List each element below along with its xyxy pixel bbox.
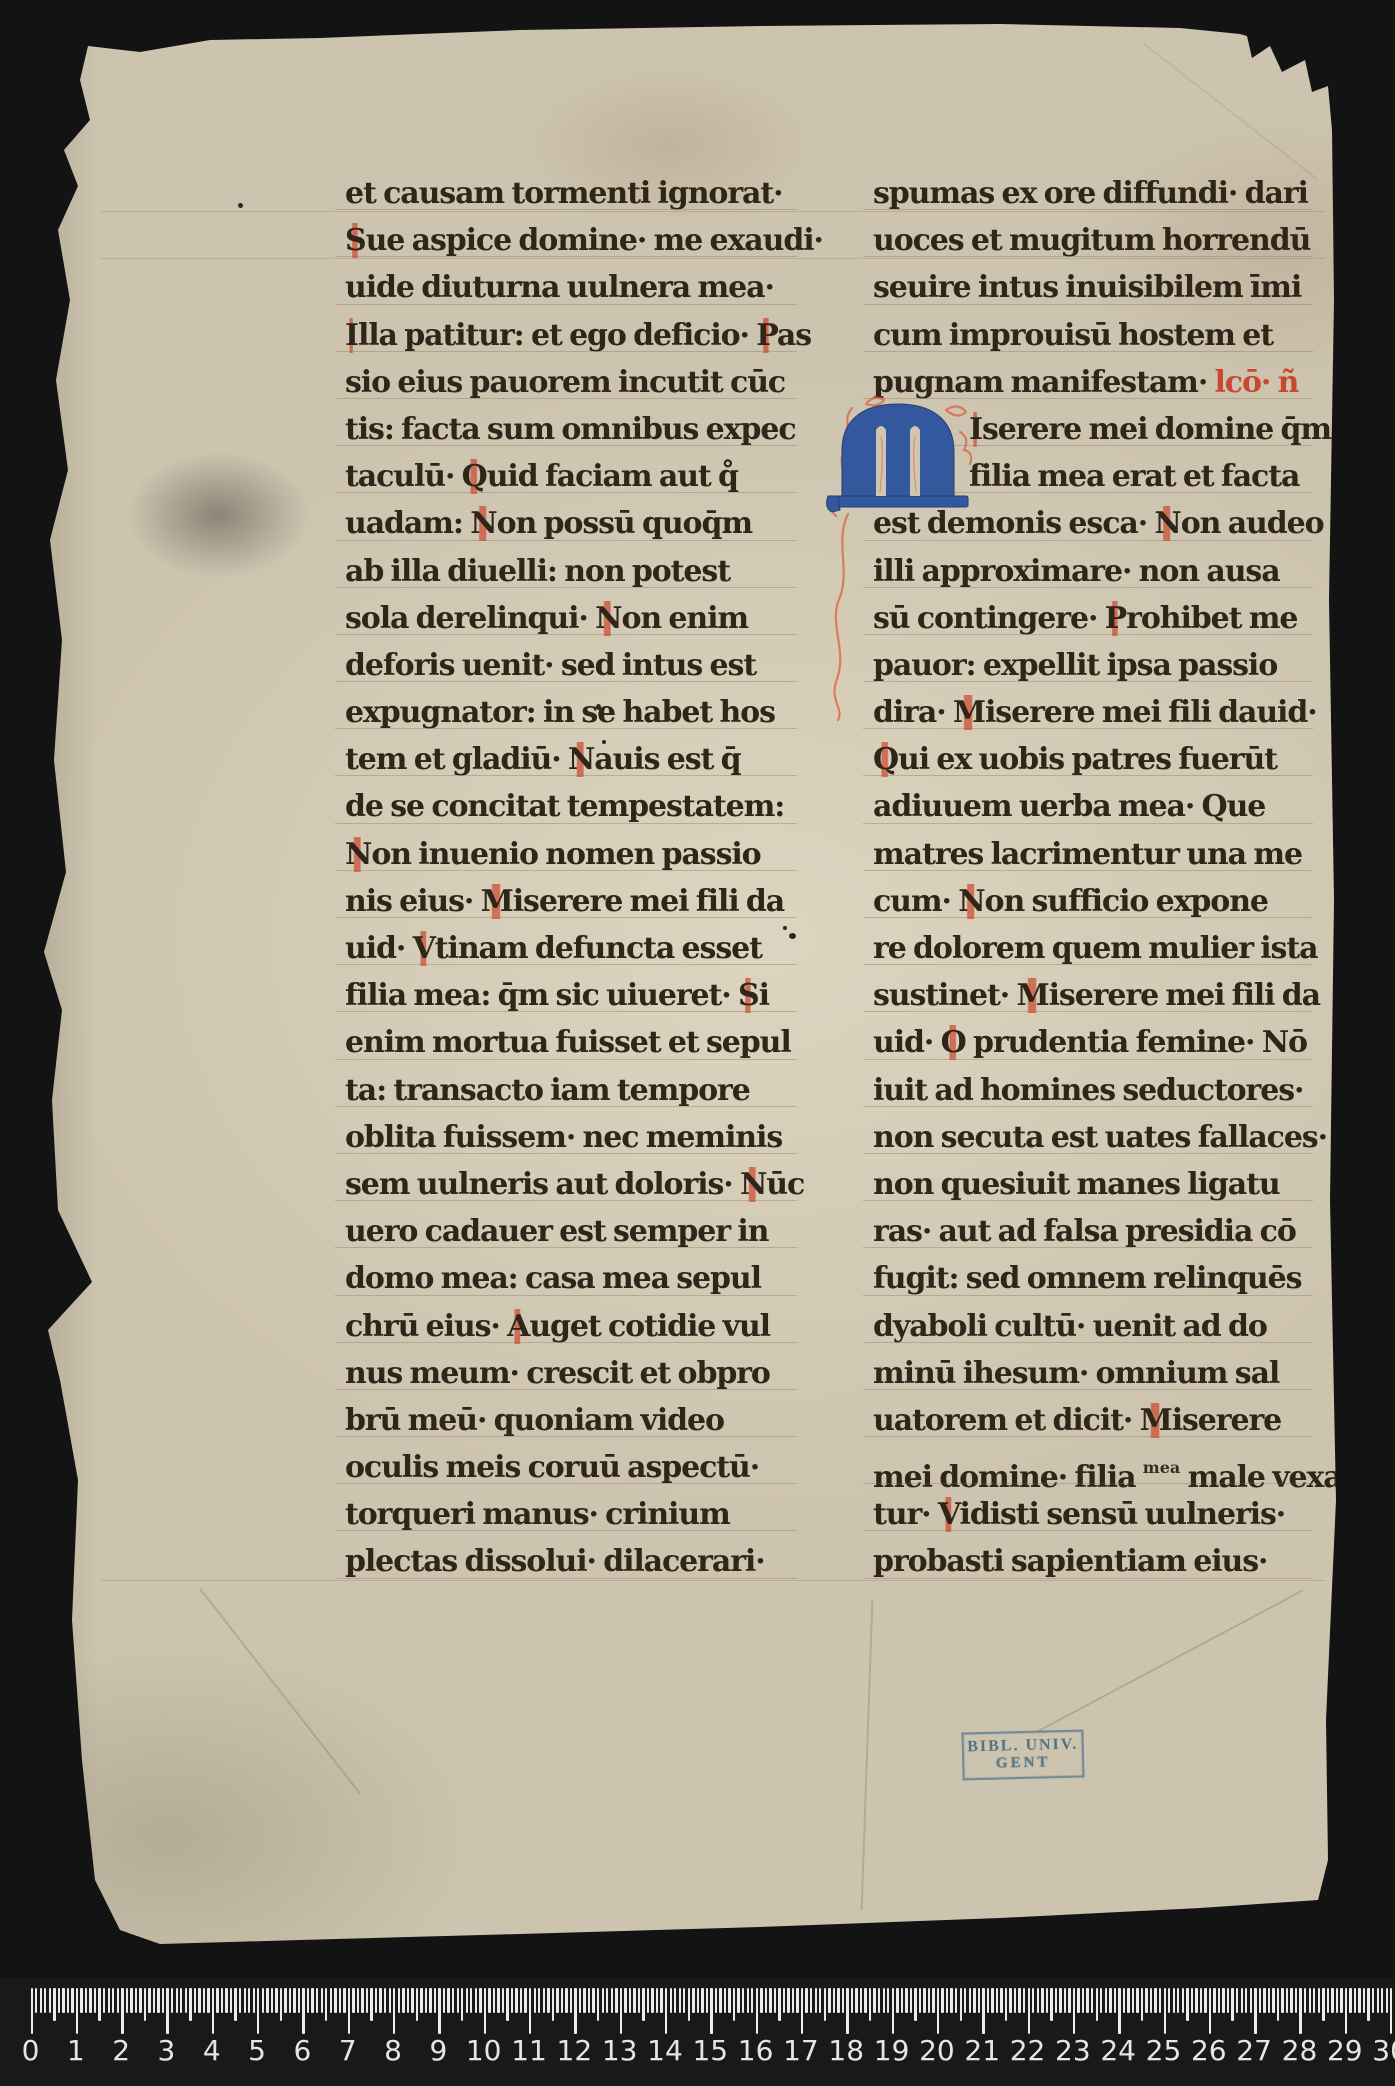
ruler-tick xyxy=(31,1988,33,2034)
ruler-tick xyxy=(1009,1988,1011,2013)
ruler-tick xyxy=(624,1988,626,2013)
text-segment: uero cadauer est semper in xyxy=(345,1214,768,1249)
ruler-tick xyxy=(792,1988,794,2013)
ruler-tick xyxy=(398,1988,400,2013)
rubricated-capital: N xyxy=(958,884,984,919)
ruler-tick xyxy=(1191,1988,1193,2013)
ruler-tick xyxy=(506,1988,508,2021)
ruler-tick xyxy=(1046,1988,1048,2013)
ruler-tick xyxy=(443,1988,445,2013)
ruler-tick xyxy=(638,1988,640,2013)
text-line: ta: transacto iam tempore xyxy=(345,1067,781,1114)
text-segment: filia mea erat et facta xyxy=(969,459,1299,494)
text-line: uoces et mugitum horrendū xyxy=(873,217,1297,264)
text-segment: spumas ex ore diffundi· dari xyxy=(873,176,1308,211)
ruler-tick xyxy=(1145,1988,1147,2013)
ruler-tick xyxy=(878,1988,880,2013)
text-line: tur· Vidisti sensū uulneris· xyxy=(873,1491,1297,1538)
rubricated-capital: S xyxy=(738,978,759,1013)
ruler-tick xyxy=(35,1988,37,2013)
rubricated-capital: O xyxy=(941,1025,966,1060)
ruler-tick xyxy=(1037,1988,1039,2013)
ruler-tick xyxy=(1204,1988,1206,2013)
ruler-tick xyxy=(1277,1988,1279,2021)
text-line: tem et gladiū· Nauis est q̄ xyxy=(345,736,781,783)
text-line: non quesiuit manes ligatu xyxy=(873,1161,1297,1208)
ruler-tick xyxy=(185,1988,187,2013)
ruler-tick xyxy=(180,1988,182,2013)
ruler-tick xyxy=(1363,1988,1365,2013)
text-segment: taculū· xyxy=(345,459,462,494)
text-segment: ue aspice domine· me exaudi· xyxy=(366,223,823,258)
ruler-tick xyxy=(416,1988,418,2021)
ruler-tick xyxy=(1091,1988,1093,2013)
ruler-label: 12 xyxy=(557,2034,593,2067)
ruler-tick xyxy=(438,1988,440,2034)
ruler-tick xyxy=(1272,1988,1274,2013)
ruler-tick xyxy=(253,1988,255,2013)
ruler-tick xyxy=(1073,1988,1075,2034)
ruler-tick xyxy=(135,1988,137,2013)
ruler-tick xyxy=(139,1988,141,2013)
text-segment: re dolorem quem mulier ista xyxy=(873,931,1317,966)
ruler-tick xyxy=(1082,1988,1084,2013)
ruler-tick xyxy=(901,1988,903,2013)
text-segment: lla patitur: et ego deficio· xyxy=(358,318,756,353)
text-line: sola derelinqui· Non enim xyxy=(345,595,781,642)
text-segment: fugit: sed omnem relinquēs xyxy=(873,1261,1301,1296)
ruler-tick xyxy=(425,1988,427,2013)
rubricated-capital: A xyxy=(507,1309,529,1344)
rubricated-capital: V xyxy=(938,1497,960,1532)
stain-speck xyxy=(596,704,601,710)
stamp-line-2: GENT xyxy=(964,1754,1082,1774)
text-segment: i xyxy=(759,978,769,1013)
ruler-tick xyxy=(1354,1988,1356,2013)
text-segment: tinam defuncta esset xyxy=(435,931,762,966)
ruler-tick xyxy=(796,1988,798,2013)
ruler-tick xyxy=(1318,1988,1320,2013)
ruler-tick xyxy=(737,1988,739,2013)
text-segment: iuit ad homines seductores· xyxy=(873,1073,1303,1108)
ruler-tick xyxy=(1014,1988,1016,2013)
text-segment: oblita fuissem· nec meminis xyxy=(345,1120,782,1155)
ruler-tick xyxy=(1059,1988,1061,2013)
ruler-tick xyxy=(49,1988,51,2013)
text-line: matres lacrimentur una me xyxy=(873,831,1297,878)
text-line: chrū eius· Auget cotidie vul xyxy=(345,1303,781,1350)
ruler-tick xyxy=(189,1988,191,2021)
ruler-label: 18 xyxy=(828,2034,864,2067)
text-segment: prudentia femine· Nō xyxy=(966,1025,1307,1060)
ruler-tick xyxy=(1064,1988,1066,2013)
ruler-tick xyxy=(171,1988,173,2013)
text-segment: on enim xyxy=(621,601,748,636)
ruler-tick xyxy=(842,1988,844,2013)
ruler-tick xyxy=(1200,1988,1202,2013)
ruler-tick xyxy=(964,1988,966,2013)
text-line: Sue aspice domine· me exaudi· xyxy=(345,217,781,264)
text-segment: uget cotidie vul xyxy=(529,1309,770,1344)
ruler-tick xyxy=(1299,1988,1301,2034)
ruler-tick xyxy=(266,1988,268,2013)
text-line: sem uulneris aut doloris· Nūc xyxy=(345,1161,781,1208)
ruler-tick xyxy=(1136,1988,1138,2013)
ruler-tick xyxy=(923,1988,925,2013)
ruler-tick xyxy=(121,1988,123,2034)
ruler-tick xyxy=(574,1988,576,2034)
text-line: de se concitat tempestatem: xyxy=(345,783,781,830)
text-segment: adiuuem uerba mea· Que xyxy=(873,789,1265,824)
ruler-tick xyxy=(647,1988,649,2013)
ruler-tick xyxy=(1086,1988,1088,2013)
ruler-tick xyxy=(80,1988,82,2013)
ruler-tick xyxy=(651,1988,653,2013)
ruler-tick xyxy=(855,1988,857,2013)
rubricated-capital: I xyxy=(345,318,358,353)
ruler-tick xyxy=(556,1988,558,2013)
ruler-label: 25 xyxy=(1146,2034,1182,2067)
text-line: iuit ad homines seductores· xyxy=(873,1067,1297,1114)
ruler-tick xyxy=(597,1988,599,2021)
ruler-label: 11 xyxy=(511,2034,547,2067)
crease xyxy=(861,1600,874,1910)
ruler-tick xyxy=(515,1988,517,2013)
ruler-tick xyxy=(751,1988,753,2013)
text-segment: uid· xyxy=(345,931,413,966)
ruler-tick xyxy=(85,1988,87,2013)
text-segment: brū meū· quoniam video xyxy=(345,1403,724,1438)
text-line: deforis uenit· sed intus est xyxy=(345,642,781,689)
ruler-tick xyxy=(987,1988,989,2013)
text-segment: dyaboli cultū· uenit ad do xyxy=(873,1309,1267,1344)
ruler-tick xyxy=(1186,1988,1188,2021)
ruler-label: 19 xyxy=(874,2034,910,2067)
ruler-tick xyxy=(1313,1988,1315,2013)
text-line: brū meū· quoniam video xyxy=(345,1397,781,1444)
ruler-tick xyxy=(117,1988,119,2013)
ruler-tick xyxy=(194,1988,196,2013)
ruler-tick xyxy=(284,1988,286,2013)
crease xyxy=(199,1588,360,1794)
ruler-tick xyxy=(98,1988,100,2021)
ruler-tick xyxy=(937,1988,939,2034)
text-line: re dolorem quem mulier ista xyxy=(873,925,1297,972)
ruler-tick xyxy=(488,1988,490,2013)
ruler-tick xyxy=(733,1988,735,2021)
text-line: dyaboli cultū· uenit ad do xyxy=(873,1303,1297,1350)
ruler-tick xyxy=(742,1988,744,2013)
ruler-tick xyxy=(547,1988,549,2013)
ruler-tick xyxy=(475,1988,477,2013)
ruler-tick xyxy=(1159,1988,1161,2013)
ruler-tick xyxy=(1077,1988,1079,2013)
ruler-tick xyxy=(996,1988,998,2013)
ruler-tick xyxy=(592,1988,594,2013)
ruler-label: 5 xyxy=(248,2034,266,2067)
ruler-tick xyxy=(1304,1988,1306,2013)
ruler-tick xyxy=(679,1988,681,2013)
rubricated-capital: P xyxy=(1105,601,1126,636)
text-line: oculis meis coruū aspectū· xyxy=(345,1444,781,1491)
crease xyxy=(1143,42,1317,179)
text-segment: tur· xyxy=(873,1497,938,1532)
text-segment: on sufficio expone xyxy=(985,884,1268,919)
text-segment: serere mei domine q̄m xyxy=(982,412,1331,447)
text-segment: uatorem et dicit· xyxy=(873,1403,1140,1438)
ruler-tick xyxy=(1327,1988,1329,2013)
ruler-tick xyxy=(783,1988,785,2013)
ruler-tick xyxy=(851,1988,853,2013)
ruler-tick xyxy=(248,1988,250,2013)
ruler-tick xyxy=(756,1988,758,2034)
ruler-tick xyxy=(307,1988,309,2013)
rubricated-capital: S xyxy=(345,223,366,258)
ruler-tick xyxy=(620,1988,622,2034)
text-segment: et causam tormenti ignorat· xyxy=(345,176,782,211)
ruler-tick xyxy=(1263,1988,1265,2013)
ruler-tick xyxy=(112,1988,114,2013)
illuminated-initial-m xyxy=(826,392,976,722)
text-segment: expugnator: in se habet hos xyxy=(345,695,775,730)
ruler-tick xyxy=(1222,1988,1224,2013)
text-segment: cum· xyxy=(873,884,958,919)
ruler-tick xyxy=(1177,1988,1179,2013)
ruler-tick xyxy=(207,1988,209,2013)
text-segment: auis est q̄ xyxy=(594,742,740,777)
text-segment: on inuenio nomen passio xyxy=(371,837,760,872)
ruler-tick xyxy=(552,1988,554,2021)
ruler-tick xyxy=(615,1988,617,2013)
ruler-tick xyxy=(606,1988,608,2013)
text-line: non secuta est uates fallaces· xyxy=(873,1114,1297,1161)
text-line: expugnator: in se habet hos xyxy=(345,689,781,736)
ruler-tick xyxy=(543,1988,545,2013)
ruler-tick xyxy=(815,1988,817,2013)
ruler-tick xyxy=(502,1988,504,2013)
ruler-tick xyxy=(1250,1988,1252,2013)
rubricated-capital: N xyxy=(345,837,371,872)
text-segment: on possū quoq̄m xyxy=(497,506,752,541)
ruler-tick xyxy=(905,1988,907,2013)
ruler-tick xyxy=(1000,1988,1002,2013)
text-segment: ui ex uobis patres fuerūt xyxy=(898,742,1277,777)
ruler-tick xyxy=(1286,1988,1288,2013)
text-segment: iserere mei fili dauid· xyxy=(985,695,1317,730)
ruler-tick xyxy=(642,1988,644,2021)
ruler-tick xyxy=(126,1988,128,2013)
ruler-tick xyxy=(289,1988,291,2013)
ruler-tick xyxy=(230,1988,232,2013)
ruler-tick xyxy=(1268,1988,1270,2013)
ruler-tick xyxy=(1245,1988,1247,2013)
rubricated-capital: M xyxy=(481,884,513,919)
ruler-tick xyxy=(1254,1988,1256,2034)
ruler-tick xyxy=(724,1988,726,2013)
text-line: sustinet· Miserere mei fili da xyxy=(873,972,1297,1019)
ruler-label: 14 xyxy=(647,2034,683,2067)
ruler-tick xyxy=(343,1988,345,2013)
rubricated-capital: N xyxy=(595,601,621,636)
ruler-tick xyxy=(561,1988,563,2013)
text-segment: non quesiuit manes ligatu xyxy=(873,1167,1280,1202)
ruler-tick xyxy=(1100,1988,1102,2013)
ruler-tick xyxy=(824,1988,826,2021)
ruler-tick xyxy=(148,1988,150,2013)
rubricated-capital: N xyxy=(568,742,594,777)
ruler-label: 15 xyxy=(692,2034,728,2067)
library-stamp: BIBL. UNIV. GENT xyxy=(961,1730,1084,1781)
ruler-tick xyxy=(379,1988,381,2013)
ruler-label: 27 xyxy=(1236,2034,1272,2067)
ruler-tick xyxy=(1345,1988,1347,2034)
text-segment: filia mea: q̄m sic uiueret· xyxy=(345,978,738,1013)
ruler-tick xyxy=(837,1988,839,2013)
text-segment: sio eius pauorem incutit cūc xyxy=(345,365,785,400)
ruler-tick xyxy=(805,1988,807,2013)
ruler-tick xyxy=(869,1988,871,2021)
ruler-tick xyxy=(1195,1988,1197,2013)
text-segment: ūc xyxy=(766,1167,804,1202)
text-segment: mei domine· filia xyxy=(873,1460,1143,1495)
text-line: Illa patitur: et ego deficio· Pas xyxy=(345,312,781,359)
text-segment: oculis meis coruū aspectū· xyxy=(345,1450,759,1485)
ruler-tick xyxy=(370,1988,372,2021)
ruler-tick xyxy=(1118,1988,1120,2034)
text-line: ab illa diuelli: non potest xyxy=(345,548,781,595)
ruler-tick xyxy=(67,1988,69,2013)
text-line: adiuuem uerba mea· Que xyxy=(873,783,1297,830)
text-segment: sustinet· xyxy=(873,978,1017,1013)
ruler-tick xyxy=(1105,1988,1107,2013)
ruler-tick xyxy=(176,1988,178,2013)
ruler-tick xyxy=(1150,1988,1152,2013)
ruler-tick xyxy=(973,1988,975,2013)
ruler-tick xyxy=(674,1988,676,2013)
ruler-tick xyxy=(950,1988,952,2013)
ruler-tick xyxy=(1377,1988,1379,2013)
ruler-tick xyxy=(153,1988,155,2013)
ruler: 0123456789101112131415161718192021222324… xyxy=(0,1978,1395,2086)
ruler-tick xyxy=(611,1988,613,2013)
rubricated-capital: M xyxy=(1140,1403,1172,1438)
text-line: sio eius pauorem incutit cūc xyxy=(345,359,781,406)
ruler-tick xyxy=(434,1988,436,2013)
ruler-tick xyxy=(76,1988,78,2034)
ruler-tick xyxy=(1236,1988,1238,2013)
ruler-tick xyxy=(262,1988,264,2013)
text-column-left: et causam tormenti ignorat·Sue aspice do… xyxy=(345,170,781,1586)
text-line: minū ihesum· omnium sal xyxy=(873,1350,1297,1397)
ruler-tick xyxy=(1209,1988,1211,2034)
ruler-tick xyxy=(728,1988,730,2013)
text-segment: nus meum· crescit et obpro xyxy=(345,1356,770,1391)
ruler-tick xyxy=(534,1988,536,2013)
ruler-tick xyxy=(991,1988,993,2013)
ruler-tick xyxy=(660,1988,662,2013)
ruler-tick xyxy=(1182,1988,1184,2013)
text-segment: tem et gladiū· xyxy=(345,742,568,777)
ruler-tick xyxy=(524,1988,526,2013)
ruler-tick xyxy=(461,1988,463,2021)
text-segment: uid faciam aut q̊ xyxy=(487,459,738,494)
rubricated-capital: P xyxy=(756,318,777,353)
ruler-tick xyxy=(1281,1988,1283,2013)
ruler-tick xyxy=(484,1988,486,2034)
ruler-tick xyxy=(94,1988,96,2013)
ruler-label: 20 xyxy=(919,2034,955,2067)
text-segment: iserere mei fili da xyxy=(513,884,784,919)
ruler-tick xyxy=(896,1988,898,2013)
ruler-tick xyxy=(1390,1988,1392,2034)
ruler-tick xyxy=(429,1988,431,2013)
rubricated-capital: Q xyxy=(462,459,487,494)
ruler-tick xyxy=(212,1988,214,2034)
ruler-tick xyxy=(402,1988,404,2013)
ruler-tick xyxy=(316,1988,318,2013)
ruler-label: 2 xyxy=(112,2034,130,2067)
ruler-tick xyxy=(225,1988,227,2013)
text-line: spumas ex ore diffundi· dari xyxy=(873,170,1297,217)
ruler-tick xyxy=(108,1988,110,2013)
ruler-tick xyxy=(588,1988,590,2013)
ruler-tick xyxy=(1349,1988,1351,2013)
text-segment: uid· xyxy=(873,1025,941,1060)
ruler-tick xyxy=(234,1988,236,2021)
ruler-tick xyxy=(157,1988,159,2013)
ruler-tick xyxy=(1028,1988,1030,2034)
text-segment: male vexa xyxy=(1180,1460,1341,1495)
ruler-tick xyxy=(298,1988,300,2013)
ruler-tick xyxy=(1336,1988,1338,2013)
rubricated-capital: V xyxy=(413,931,435,966)
ruler-tick xyxy=(665,1988,667,2034)
text-segment: de se concitat tempestatem: xyxy=(345,789,784,824)
ruler-tick xyxy=(579,1988,581,2013)
ruler-tick xyxy=(393,1988,395,2034)
ruler-tick xyxy=(1005,1988,1007,2021)
text-line: Qui ex uobis patres fuerūt xyxy=(873,736,1297,783)
ruler-tick xyxy=(1018,1988,1020,2013)
ruler-tick xyxy=(1109,1988,1111,2013)
ruler-label: 30 xyxy=(1372,2034,1395,2067)
ruler-label: 10 xyxy=(466,2034,502,2067)
ruler-label: 23 xyxy=(1055,2034,1091,2067)
ruler-tick xyxy=(166,1988,168,2034)
ruler-tick xyxy=(1123,1988,1125,2013)
text-line: filia mea: q̄m sic uiueret· Si xyxy=(345,972,781,1019)
text-segment: ras· aut ad falsa presidia cō xyxy=(873,1214,1296,1249)
ruler-tick xyxy=(747,1988,749,2013)
ruler-tick xyxy=(864,1988,866,2013)
text-line: uadam: Non possū quoq̄m xyxy=(345,500,781,547)
ruler-tick xyxy=(497,1988,499,2013)
ruler-tick xyxy=(887,1988,889,2013)
ruler-tick xyxy=(1218,1988,1220,2013)
ruler-tick xyxy=(1023,1988,1025,2013)
ruler-tick xyxy=(470,1988,472,2013)
ruler-tick xyxy=(1259,1988,1261,2013)
ruler-label: 4 xyxy=(203,2034,221,2067)
manuscript-leaf: et causam tormenti ignorat·Sue aspice do… xyxy=(0,0,1395,2086)
text-segment: probasti sapientiam eius· xyxy=(873,1544,1267,1579)
ruler-tick xyxy=(420,1988,422,2013)
ruler-tick xyxy=(570,1988,572,2013)
text-line: seuire intus inuisibilem īmi xyxy=(873,264,1297,311)
ruler-tick xyxy=(1114,1988,1116,2013)
ruler-tick xyxy=(271,1988,273,2013)
rubricated-capital: N xyxy=(740,1167,766,1202)
